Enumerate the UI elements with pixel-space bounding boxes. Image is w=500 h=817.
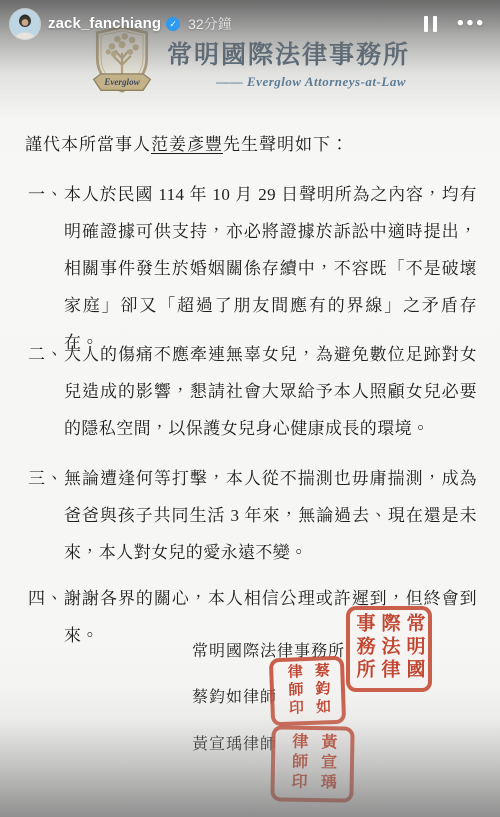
firm-name-english: —— Everglow Attorneys-at-Law — [167, 74, 410, 90]
statement-item-1: 一、 本人於民國 114 年 10 月 29 日聲明所為之內容，均有明確證據可供… — [28, 176, 477, 361]
verified-badge-icon: ✓ — [166, 17, 180, 31]
avatar[interactable] — [10, 9, 40, 39]
intro-prefix: 謹代本所當事人 — [25, 135, 151, 154]
firm-seal-stamp-icon: 常明國際法律事務所 — [346, 606, 432, 692]
story-viewport: Everglow 常明國際法律事務所 —— Everglow Attorneys… — [0, 0, 500, 817]
client-name: 范姜彥豐 — [151, 135, 223, 154]
statement-item-3: 三、 無論遭逢何等打擊，本人從不揣測也毋庸揣測，成為爸爸與孩子共同生活 3 年來… — [28, 460, 477, 571]
story-header: zack_fanchiang ✓ 32分鐘 ••• — [0, 0, 500, 42]
more-options-button[interactable]: ••• — [457, 19, 486, 29]
item-text: 本人於民國 114 年 10 月 29 日聲明所為之內容，均有明確證據可供支持，… — [64, 176, 477, 361]
item-marker: 四、 — [28, 580, 64, 654]
avatar-person-icon — [10, 9, 40, 39]
statement-intro: 謹代本所當事人范姜彥豐先生聲明如下： — [25, 130, 349, 155]
logo-banner-text: Everglow — [103, 77, 140, 87]
item-text: 無論遭逢何等打擊，本人從不揣測也毋庸揣測，成為爸爸與孩子共同生活 3 年來，無論… — [64, 460, 477, 571]
item-marker: 一、 — [28, 176, 64, 361]
firm-names: 常明國際法律事務所 —— Everglow Attorneys-at-Law — [167, 35, 410, 90]
signature-lawyer-2: 黃宣瑀律師 — [192, 731, 277, 754]
lawyer1-seal-stamp-icon: 蔡鈞如律師印 — [269, 656, 346, 727]
intro-suffix: 先生聲明如下： — [223, 135, 349, 154]
item-marker: 三、 — [28, 460, 64, 571]
item-text: 大人的傷痛不應牽連無辜女兒，為避免數位足跡對女兒造成的影響，懇請社會大眾給予本人… — [64, 336, 477, 447]
signature-lawyer-1: 蔡鈞如律師 — [192, 684, 277, 707]
item-marker: 二、 — [28, 336, 64, 447]
username[interactable]: zack_fanchiang — [48, 15, 161, 32]
lawyer2-seal-stamp-icon: 黃宣瑀律師印 — [270, 725, 354, 802]
statement-item-2: 二、 大人的傷痛不應牽連無辜女兒，為避免數位足跡對女兒造成的影響，懇請社會大眾給… — [28, 336, 477, 447]
pause-button[interactable] — [422, 14, 439, 34]
story-timestamp: 32分鐘 — [188, 14, 232, 34]
story-actions: ••• — [422, 14, 486, 34]
